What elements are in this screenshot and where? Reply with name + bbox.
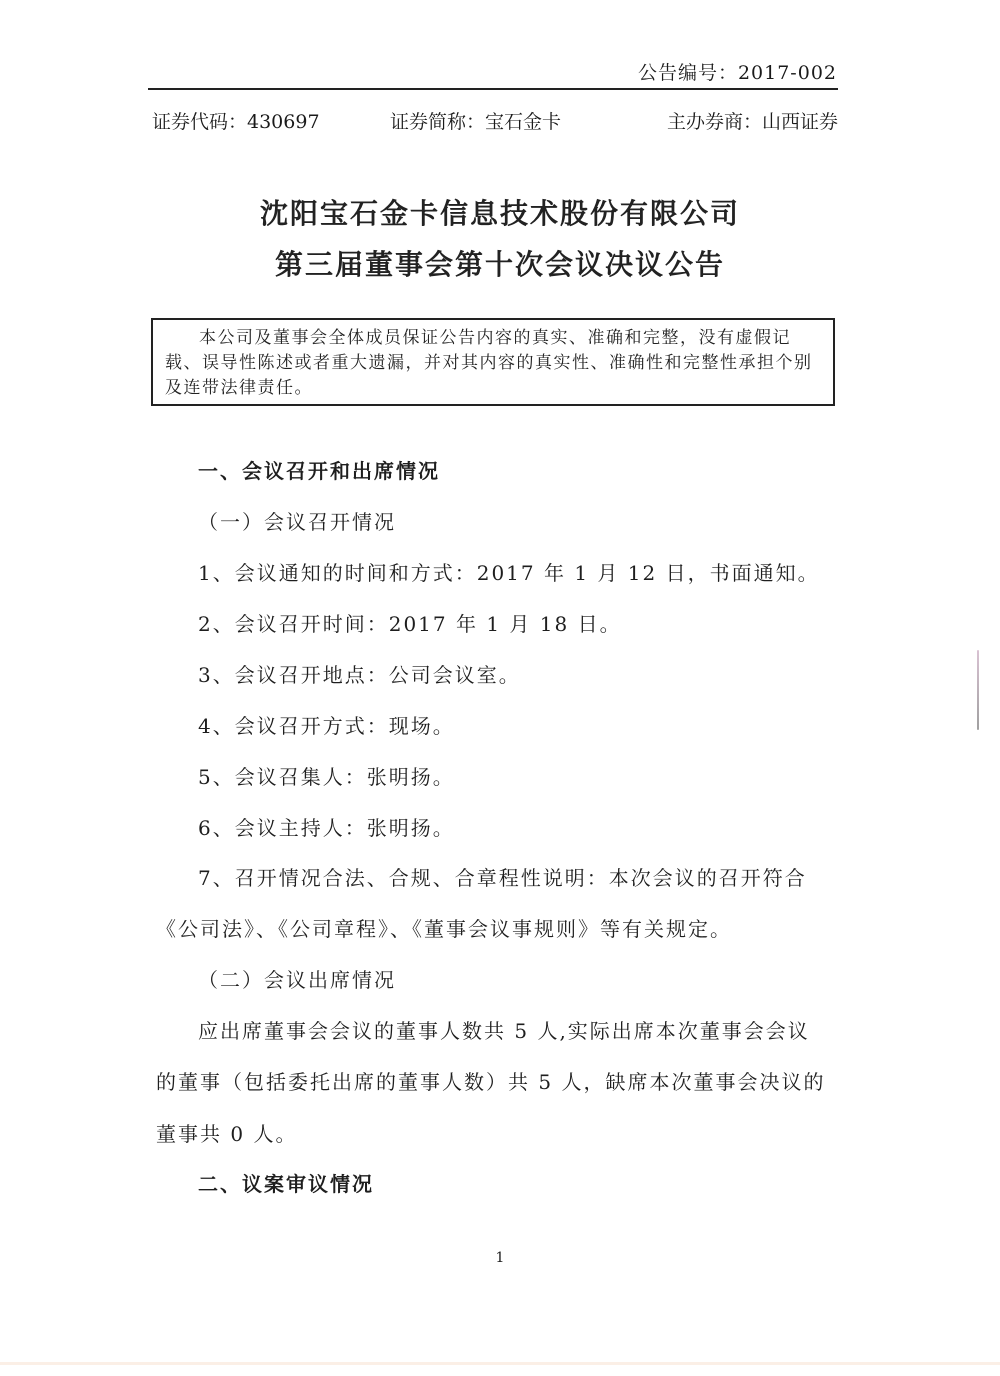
list-item: 4、会议召开方式：现场。 [198,710,455,739]
list-item: 2、会议召开时间：2017 年 1 月 18 日。 [198,608,622,637]
document-page: 公告编号：2017-002 证券代码：430697 证券简称：宝石金卡 主办券商… [0,0,1000,1376]
stock-code: 证券代码：430697 [152,107,320,134]
list-item: 1、会议通知的时间和方式：2017 年 1 月 12 日，书面通知。 [198,557,820,586]
company-title: 沈阳宝石金卡信息技术股份有限公司 [0,192,1000,232]
stock-short-name: 证券简称：宝石金卡 [390,107,561,134]
announcement-number: 公告编号：2017-002 [638,58,837,85]
page-number: 1 [0,1250,1000,1266]
header-rule [148,88,838,90]
scan-artifact [977,650,979,730]
list-item: 5、会议召集人：张明扬。 [198,761,455,790]
section-heading-1: 一、会议召开和出席情况 [198,455,440,484]
list-item: 6、会议主持人：张明扬。 [198,812,455,841]
subsection-heading-2: （二）会议出席情况 [198,964,396,993]
section-heading-2: 二、议案审议情况 [198,1168,374,1197]
paragraph-line: 应出席董事会会议的董事人数共 5 人,实际出席本次董事会会议 [198,1015,810,1044]
list-item: 3、会议召开地点：公司会议室。 [198,659,521,688]
paragraph-line: 的董事（包括委托出席的董事人数）共 5 人，缺席本次董事会决议的 [156,1066,825,1095]
subsection-heading-1: （一）会议召开情况 [198,506,396,535]
paragraph-line: 董事共 0 人。 [156,1118,297,1147]
list-item-continuation: 《公司法》、《公司章程》、《董事会议事规则》等有关规定。 [156,913,732,942]
disclaimer-box: 本公司及董事会全体成员保证公告内容的真实、准确和完整，没有虚假记载、误导性陈述或… [151,318,835,406]
announcement-title: 第三届董事会第十次会议决议公告 [0,243,1000,283]
list-item: 7、召开情况合法、合规、合章程性说明：本次会议的召开符合 [198,862,807,891]
scan-edge [0,1362,1000,1365]
security-info-row: 证券代码：430697 证券简称：宝石金卡 主办券商：山西证券 [152,107,838,135]
sponsor-broker: 主办券商：山西证券 [667,107,838,134]
